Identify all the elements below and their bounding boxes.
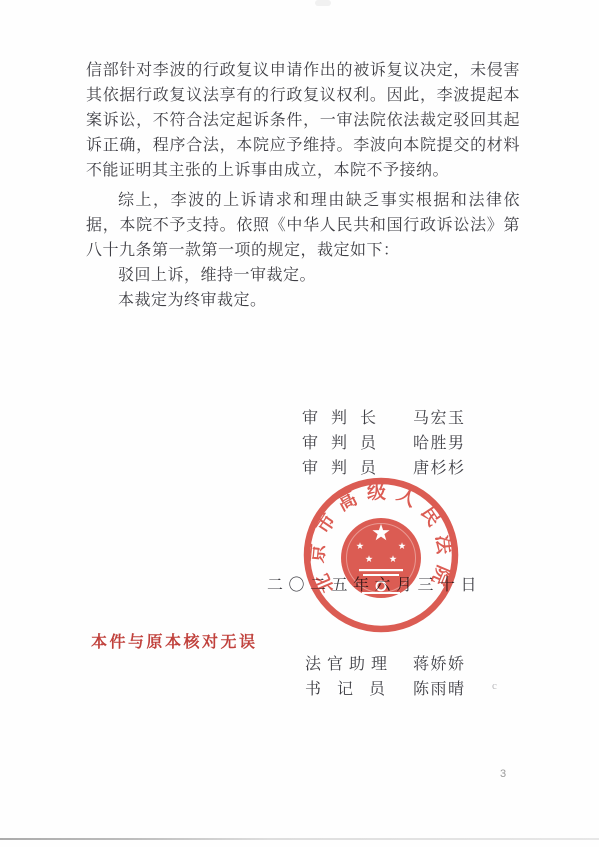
- judge-1-role: 审判员: [302, 431, 413, 456]
- signature-row-presiding-judge: 审判长马宏玉: [302, 406, 466, 431]
- page-number: 3: [500, 768, 506, 780]
- presiding-judge-name: 马宏玉: [413, 410, 466, 427]
- ruling-body-text: 信部针对李波的行政复议申请作出的被诉复议决定，未侵害其依据行政复议法享有的行政复…: [86, 58, 520, 313]
- judge-assistant-name: 蒋娇娇: [413, 656, 466, 673]
- scan-artifact-stray-mark: c: [492, 680, 497, 692]
- scan-artifact-line: [0, 838, 599, 840]
- paragraph-conclusion: 综上，李波的上诉请求和理由缺乏事实根据和法律依据，本院不予支持。依照《中华人民共…: [86, 188, 520, 263]
- verification-note: 本件与原本核对无误: [91, 629, 258, 652]
- paragraph-ruling: 驳回上诉，维持一审裁定。: [86, 263, 520, 288]
- signature-row-judge-assistant: 法官助理蒋娇娇: [305, 652, 466, 677]
- judge-1-name: 哈胜男: [413, 435, 466, 452]
- clerk-role: 书记员: [305, 677, 413, 702]
- signature-row-clerk: 书记员陈雨晴: [305, 677, 466, 702]
- court-ruling-page: 信部针对李波的行政复议申请作出的被诉复议决定，未侵害其依据行政复议法享有的行政复…: [0, 0, 599, 847]
- court-seal: 北京市高级人民法院: [296, 470, 466, 640]
- national-emblem-icon: [341, 518, 421, 598]
- signature-row-judge-1: 审判员哈胜男: [302, 431, 466, 456]
- judge-assistant-role: 法官助理: [305, 652, 413, 677]
- paragraph-final: 本裁定为终审裁定。: [86, 288, 520, 313]
- paragraph-reasoning: 信部针对李波的行政复议申请作出的被诉复议决定，未侵害其依据行政复议法享有的行政复…: [86, 58, 520, 183]
- staff-signature-block: 法官助理蒋娇娇 书记员陈雨晴: [305, 652, 466, 702]
- presiding-judge-role: 审判长: [302, 406, 413, 431]
- scan-artifact-smudge: [315, 0, 331, 6]
- clerk-name: 陈雨晴: [413, 681, 466, 698]
